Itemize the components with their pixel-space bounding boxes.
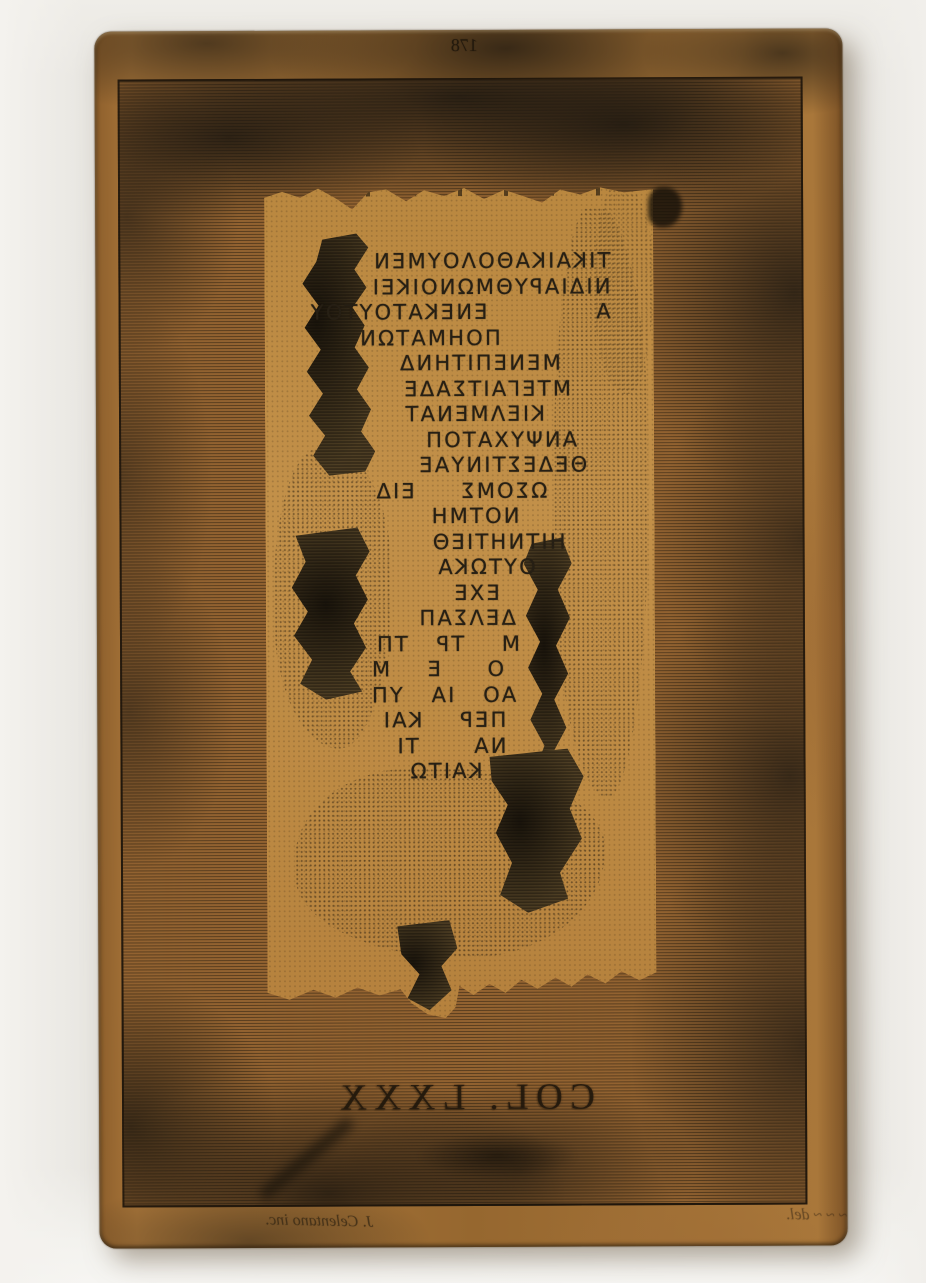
greek-text-line: Μ ΤΡ ΤΠ xyxy=(312,631,612,658)
greek-text-line: ΟΥΤΩΚΑ xyxy=(312,554,612,581)
patina-smudge xyxy=(412,1132,582,1181)
engraver-signature-right: ~ ~ ~ del. xyxy=(617,1202,847,1225)
torn-edge-tick-marks xyxy=(324,182,624,196)
greek-text-line: ΠΕΡ ΚΑΙ xyxy=(312,707,612,734)
copper-plate: 178 ΤΙΚΑΙΚΑΘΟΛΟΥΜΕΝΝΙΔΙΑΡΥΘΜΩΝΟΙΚΕΙΑ ΕΝΕ… xyxy=(94,28,847,1248)
patina-blotch xyxy=(648,187,682,227)
greek-text-line: ΑΟ ΙΑ ΥΠ xyxy=(312,682,612,709)
greek-text-line: ΘΕΔΕΣΤΙΝΥΑΕ xyxy=(311,452,611,479)
greek-text-line: ΝΙΔΙΑΡΥΘΜΩΝΟΙΚΕΙ xyxy=(310,274,610,301)
plate-number: 178 xyxy=(419,35,509,56)
greek-text-block: ΤΙΚΑΙΚΑΘΟΛΟΥΜΕΝΝΙΔΙΑΡΥΘΜΩΝΟΙΚΕΙΑ ΕΝΕΚΑΤΟ… xyxy=(310,248,612,785)
patina-streak xyxy=(257,1116,355,1201)
greek-text-line: ΜΕΝΕΠΙΤΗΝΔ xyxy=(311,350,611,377)
greek-text-line: ΚΑΙΤΩ xyxy=(313,758,613,785)
papyrus-facsimile-panel: ΤΙΚΑΙΚΑΘΟΛΟΥΜΕΝΝΙΔΙΑΡΥΘΜΩΝΟΙΚΕΙΑ ΕΝΕΚΑΤΟ… xyxy=(264,182,657,1020)
engraved-background-field: ΤΙΚΑΙΚΑΘΟΛΟΥΜΕΝΝΙΔΙΑΡΥΘΜΩΝΟΙΚΕΙΑ ΕΝΕΚΑΤΟ… xyxy=(118,77,808,1208)
greek-text-line: Ο Ε Μ xyxy=(312,656,612,683)
column-caption: COL. LXXX xyxy=(274,1075,654,1120)
greek-text-line: ΝΟΤΜΗ xyxy=(311,503,611,530)
engraver-signature-left: J. Celentano inc. xyxy=(123,1208,373,1231)
greek-text-line: ΚΙΕΛΜΕΝΑΤ xyxy=(311,401,611,428)
greek-text-line: ΜΤΕΓΑΙΤΣΑΔΕ xyxy=(311,376,611,403)
greek-text-line: Α ΕΝΕΚΑΤΟΥΤΟΥ xyxy=(311,299,611,326)
greek-text-line: ΩΣΟΜΣ ΕΙΔ xyxy=(311,478,611,505)
greek-text-line: ΠΟΗΜΑΤΩΝ xyxy=(311,325,611,352)
photo-background: 178 ΤΙΚΑΙΚΑΘΟΛΟΥΜΕΝΝΙΔΙΑΡΥΘΜΩΝΟΙΚΕΙΑ ΕΝΕ… xyxy=(0,0,926,1283)
greek-text-line: ΕΧΕ xyxy=(312,580,612,607)
greek-text-line: ΔΕΛΣΑΠ xyxy=(312,605,612,632)
greek-text-line: ΗΙΤΝΗΤΙΕΘ xyxy=(312,529,612,556)
greek-text-line: ΑΝΨΥΧΑΤΟΠ xyxy=(311,427,611,454)
greek-text-line: ΝΑ ΤΙ xyxy=(312,733,612,760)
greek-text-line: ΤΙΚΑΙΚΑΘΟΛΟΥΜΕΝ xyxy=(310,248,610,275)
